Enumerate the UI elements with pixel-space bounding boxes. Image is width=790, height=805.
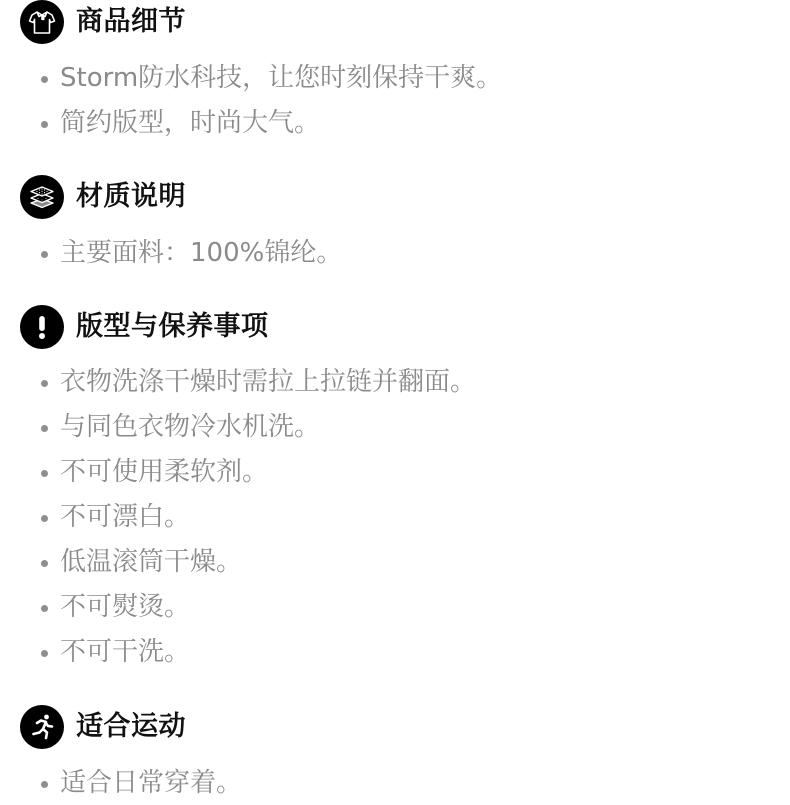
- polo-shirt-icon: [20, 0, 64, 44]
- list-item: Storm防水科技，让您时刻保持干爽。: [38, 56, 502, 101]
- list-item: 不可干洗。: [38, 630, 476, 675]
- section-title: 版型与保养事项: [76, 305, 269, 349]
- bullet-icon: [41, 121, 48, 128]
- bullet-icon: [41, 76, 48, 83]
- list-item: 衣物洗涤干燥时需拉上拉链并翻面。: [38, 360, 476, 405]
- list-item: 不可熨烫。: [38, 585, 476, 630]
- section-header: 商品细节: [20, 0, 186, 44]
- bullet-icon: [41, 605, 48, 612]
- running-icon: [20, 705, 64, 749]
- bullet-icon: [41, 251, 48, 258]
- exclamation-icon: [20, 305, 64, 349]
- care-list: 衣物洗涤干燥时需拉上拉链并翻面。 与同色衣物冷水机洗。 不可使用柔软剂。 不可漂…: [38, 360, 476, 675]
- section-header: 适合运动: [20, 705, 186, 749]
- list-item: 不可使用柔软剂。: [38, 450, 476, 495]
- bullet-icon: [41, 560, 48, 567]
- list-item: 与同色衣物冷水机洗。: [38, 405, 476, 450]
- bullet-icon: [41, 515, 48, 522]
- fabric-layers-icon: [20, 175, 64, 219]
- section-title: 商品细节: [76, 0, 186, 44]
- list-item: 适合日常穿着。: [38, 761, 242, 805]
- section-header: 材质说明: [20, 175, 186, 219]
- section-header: 版型与保养事项: [20, 305, 269, 349]
- list-item: 简约版型，时尚大气。: [38, 101, 502, 146]
- section-title: 适合运动: [76, 705, 186, 749]
- bullet-icon: [41, 650, 48, 657]
- list-item: 低温滚筒干燥。: [38, 540, 476, 585]
- bullet-icon: [41, 380, 48, 387]
- bullet-icon: [41, 781, 48, 788]
- detail-list: Storm防水科技，让您时刻保持干爽。 简约版型，时尚大气。: [38, 56, 502, 146]
- activity-list: 适合日常穿着。: [38, 761, 242, 805]
- list-item: 不可漂白。: [38, 495, 476, 540]
- bullet-icon: [41, 425, 48, 432]
- section-title: 材质说明: [76, 175, 186, 219]
- list-item: 主要面料：100%锦纶。: [38, 231, 342, 276]
- material-list: 主要面料：100%锦纶。: [38, 231, 342, 276]
- bullet-icon: [41, 470, 48, 477]
